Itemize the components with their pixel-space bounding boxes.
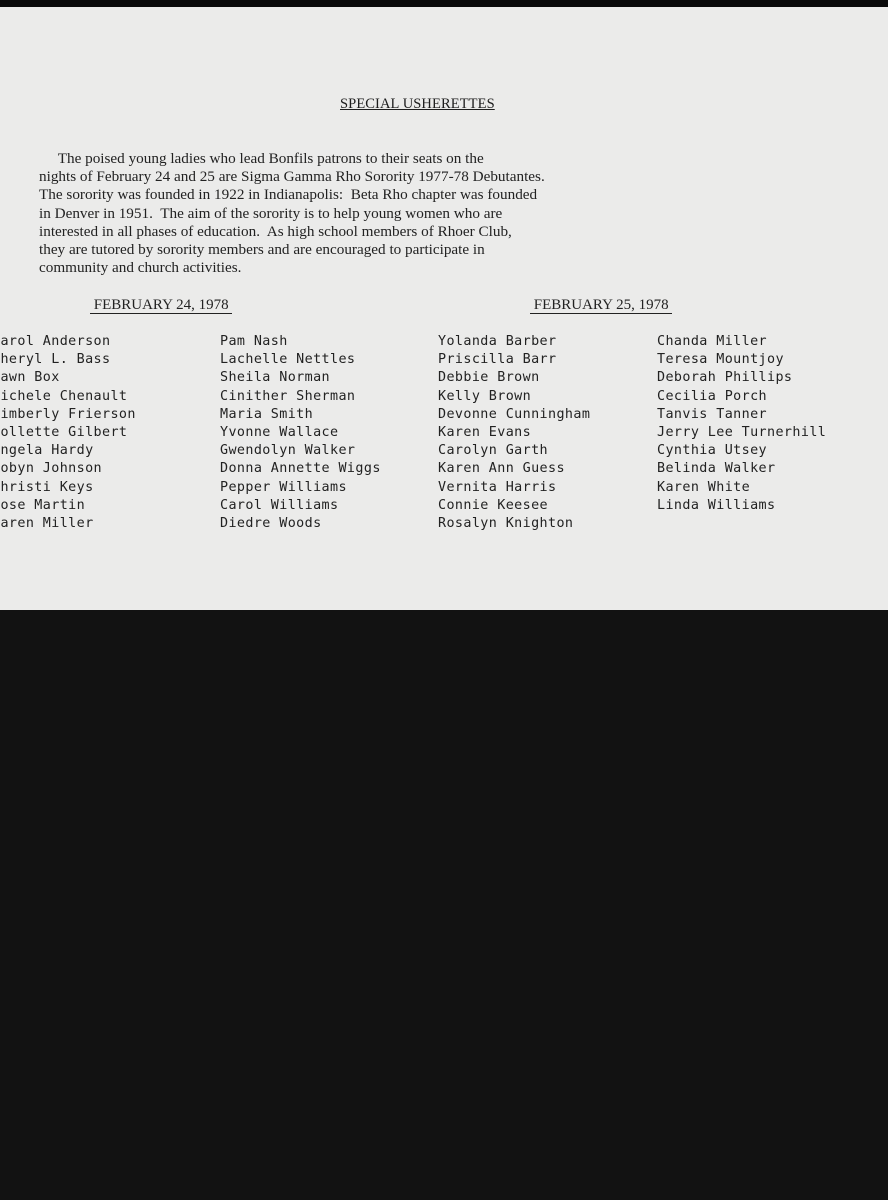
usherette-name: Vernita Harris xyxy=(438,479,590,497)
usherette-name: Kelly Brown xyxy=(438,388,590,406)
usherette-name: Carol Anderson xyxy=(0,333,136,351)
usherette-name: Dawn Box xyxy=(0,369,136,387)
usherette-name: Yvonne Wallace xyxy=(220,424,381,442)
usherette-name: Diedre Woods xyxy=(220,515,381,533)
usherette-name: Jerry Lee Turnerhill xyxy=(657,424,826,442)
usherette-name: Devonne Cunningham xyxy=(438,406,590,424)
usherette-name: Karen Miller xyxy=(0,515,136,533)
usherette-name: Lachelle Nettles xyxy=(220,351,381,369)
name-column-feb24-b: Pam NashLachelle NettlesSheila NormanCin… xyxy=(220,333,381,533)
paragraph-line: The sorority was founded in 1922 in Indi… xyxy=(39,186,799,204)
scan-border-top xyxy=(0,0,888,7)
intro-paragraph: The poised young ladies who lead Bonfils… xyxy=(39,150,799,277)
paragraph-line: nights of February 24 and 25 are Sigma G… xyxy=(39,168,799,186)
paragraph-line: in Denver in 1951. The aim of the sorori… xyxy=(39,205,799,223)
name-column-feb25-b: Chanda MillerTeresa MountjoyDeborah Phil… xyxy=(657,333,826,515)
name-column-feb24-a: Carol AndersonCheryl L. BassDawn BoxMich… xyxy=(0,333,136,533)
usherette-name: Rose Martin xyxy=(0,497,136,515)
document-page: SPECIAL USHERETTES The poised young ladi… xyxy=(0,7,888,610)
usherette-name: Donna Annette Wiggs xyxy=(220,460,381,478)
paragraph-line: they are tutored by sorority members and… xyxy=(39,241,799,259)
date-heading-feb-24: FEBRUARY 24, 1978 xyxy=(90,297,232,314)
usherette-name: Karen White xyxy=(657,479,826,497)
paragraph-line: community and church activities. xyxy=(39,259,799,277)
usherette-name: Yolanda Barber xyxy=(438,333,590,351)
usherette-name: Teresa Mountjoy xyxy=(657,351,826,369)
usherette-name: Carol Williams xyxy=(220,497,381,515)
usherette-name: Pam Nash xyxy=(220,333,381,351)
usherette-name: Karen Ann Guess xyxy=(438,460,590,478)
usherette-name: Cinither Sherman xyxy=(220,388,381,406)
usherette-name: Maria Smith xyxy=(220,406,381,424)
usherette-name: Gwendolyn Walker xyxy=(220,442,381,460)
usherette-name: Carolyn Garth xyxy=(438,442,590,460)
name-column-feb25-a: Yolanda BarberPriscilla BarrDebbie Brown… xyxy=(438,333,590,533)
usherette-name: Connie Keesee xyxy=(438,497,590,515)
usherette-name: Collette Gilbert xyxy=(0,424,136,442)
usherette-name: Chanda Miller xyxy=(657,333,826,351)
usherette-name: Michele Chenault xyxy=(0,388,136,406)
usherette-name: Sheila Norman xyxy=(220,369,381,387)
usherette-name: Karen Evans xyxy=(438,424,590,442)
usherette-name: Kimberly Frierson xyxy=(0,406,136,424)
usherette-name: Christi Keys xyxy=(0,479,136,497)
usherette-name: Debbie Brown xyxy=(438,369,590,387)
paragraph-line: The poised young ladies who lead Bonfils… xyxy=(39,150,799,168)
usherette-name: Cynthia Utsey xyxy=(657,442,826,460)
usherette-name: Linda Williams xyxy=(657,497,826,515)
usherette-name: Angela Hardy xyxy=(0,442,136,460)
usherette-name: Belinda Walker xyxy=(657,460,826,478)
usherette-name: Deborah Phillips xyxy=(657,369,826,387)
usherette-name: Priscilla Barr xyxy=(438,351,590,369)
paragraph-line: interested in all phases of education. A… xyxy=(39,223,799,241)
usherette-name: Tanvis Tanner xyxy=(657,406,826,424)
usherette-name: Cheryl L. Bass xyxy=(0,351,136,369)
usherette-name: Rosalyn Knighton xyxy=(438,515,590,533)
date-heading-feb-25: FEBRUARY 25, 1978 xyxy=(530,297,672,314)
usherette-name: Cecilia Porch xyxy=(657,388,826,406)
page-title: SPECIAL USHERETTES xyxy=(340,96,495,113)
usherette-name: Robyn Johnson xyxy=(0,460,136,478)
usherette-name: Pepper Williams xyxy=(220,479,381,497)
